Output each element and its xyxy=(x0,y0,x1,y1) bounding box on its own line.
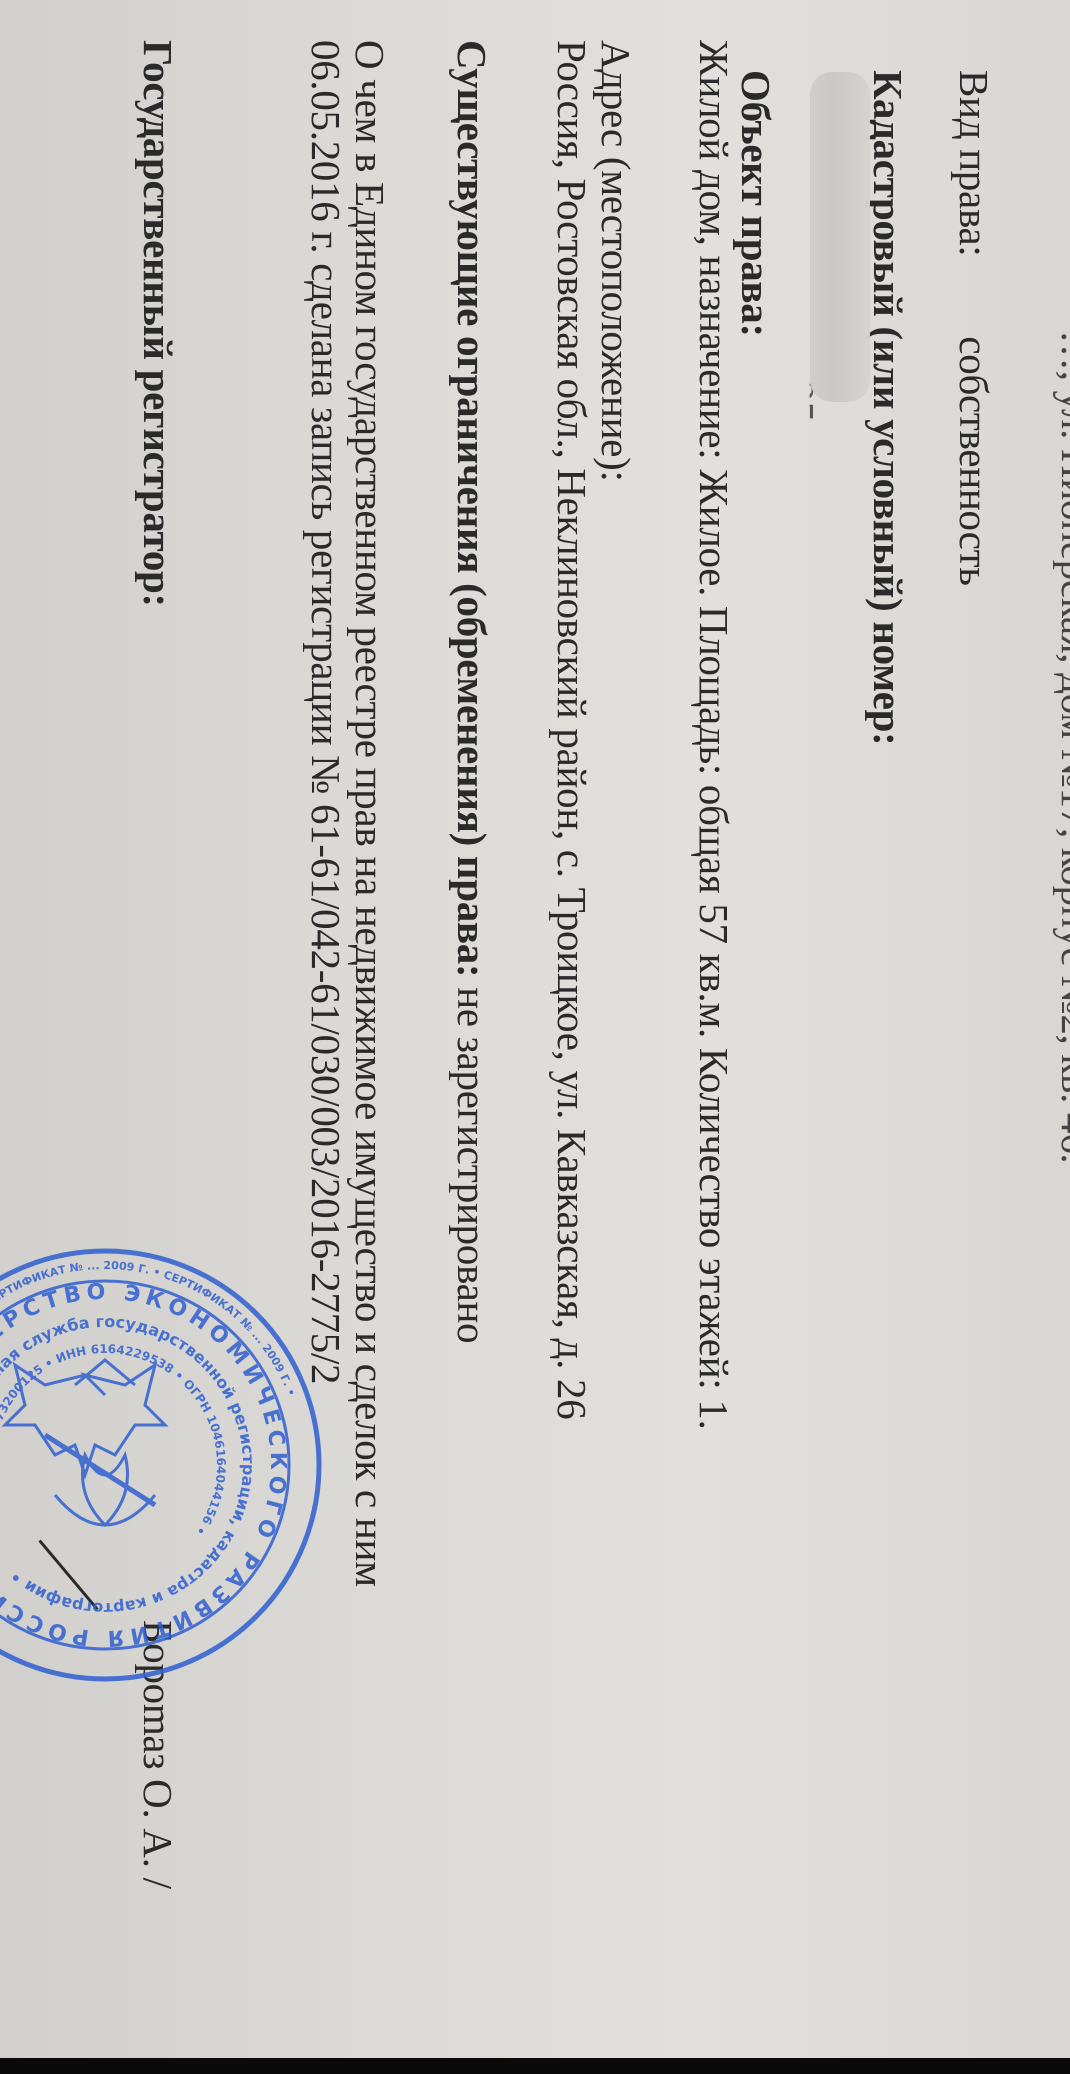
object-label: Объект права: xyxy=(732,70,780,337)
official-stamp: СЕРТИФИКАТ № ... 2009 Г. • СЕРТИФИКАТ № … xyxy=(0,1245,325,1685)
right-type-row: Вид права: собственность xyxy=(950,70,998,586)
address-label: Адрес (местоположение): xyxy=(592,40,640,482)
right-type-label: Вид права: xyxy=(951,70,997,256)
encumbrances-row: Существующие ограничения (обременения) п… xyxy=(448,40,496,1343)
right-type-value: собственность xyxy=(951,336,997,585)
object-value: Жилой дом, назначение: Жилое. Площадь: о… xyxy=(690,40,738,1430)
registry-record-line-1: О чем в Едином государственном реестре п… xyxy=(346,40,394,1587)
svg-text:ОКПО 73200125 • ИНН 6164229538: ОКПО 73200125 • ИНН 6164229538 • ОГРН 10… xyxy=(0,1342,228,1538)
registry-record-line-2: 06.05.2016 г. сделана запись регистрации… xyxy=(302,40,350,1384)
registrar-label: Государственный регистратор: xyxy=(134,40,182,607)
cadastral-number-redaction xyxy=(810,72,870,402)
cadastral-number-label: Кадастровый (или условный) номер: xyxy=(864,70,912,745)
cutoff-address-line: …, ул. Пионерская, дом №17, корпус №2, к… xyxy=(1052,330,1070,1163)
encumbrances-value: не зарегистрировано xyxy=(449,987,495,1343)
certificate-page: …, ул. Пионерская, дом №17, корпус №2, к… xyxy=(0,0,1070,2058)
address-value: Россия, Ростовская обл., Неклиновский ра… xyxy=(548,40,596,1419)
stamp-seal-icon: СЕРТИФИКАТ № ... 2009 Г. • СЕРТИФИКАТ № … xyxy=(0,1245,325,1685)
encumbrances-label: Существующие ограничения (обременения) п… xyxy=(449,40,495,977)
photo-bottom-bar xyxy=(0,2058,1070,2074)
document-photo: …, ул. Пионерская, дом №17, корпус №2, к… xyxy=(0,0,1070,2058)
